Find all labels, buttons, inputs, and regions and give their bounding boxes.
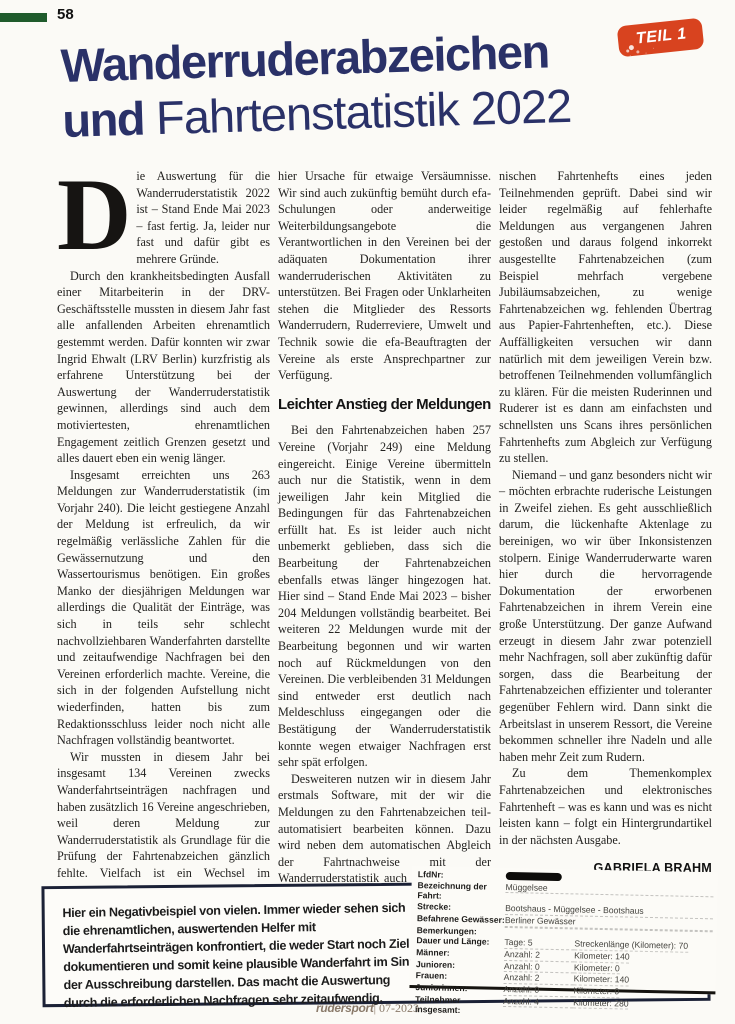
paragraph-text: ie Auswertung für die Wanderruderstatist… [136, 169, 270, 266]
form-label: Dauer und Länge: [416, 935, 504, 948]
form-value-right: Kilometer: 280 [573, 997, 629, 1010]
paragraph: Bei den Fahrtenabzeichen haben 257 Verei… [278, 422, 491, 770]
column-2: hier Ursache für etwaige Versäumnisse. W… [278, 168, 491, 882]
form-label: Männer: [416, 947, 504, 960]
paragraph: nischen Fahrtenhefts eines jeden Teilneh… [499, 168, 712, 467]
trip-form-scan: LfdNr: Bezeichnung der Fahrt: Müggelsee … [409, 866, 717, 994]
form-label: Frauen: [416, 970, 504, 983]
form-label: Juniorinnen: [415, 982, 503, 995]
form-value-right: Kilometer: 0 [574, 962, 620, 975]
magazine-page: 58 TEIL 1 Wanderruderabzeichen und Fahrt… [0, 0, 735, 1024]
column-1: Die Auswertung für die Wanderruderstatis… [57, 168, 270, 882]
paragraph: Desweiteren nutzen wir in diesem Jahr er… [278, 771, 491, 882]
article-body: Die Auswertung für die Wanderruderstatis… [57, 168, 712, 882]
part-badge: TEIL 1 [617, 18, 704, 58]
form-label: Junioren: [416, 959, 504, 972]
form-value: Anzahl: 4 [503, 996, 573, 1009]
paint-splatter-icon [629, 45, 634, 50]
spine-bar [0, 13, 47, 22]
article-title: Wanderruderabzeichen und Fahrtenstatisti… [60, 25, 572, 147]
form-value-right: Kilometer: 0 [573, 985, 619, 998]
paragraph: Wir mussten in diesem Jahr bei insgesamt… [57, 749, 270, 882]
form-label: Teilnehmer insgesamt: [415, 994, 503, 1017]
section-heading: Leichter Anstieg der Meldungen [278, 397, 491, 414]
title-line-2-bold: und [62, 91, 145, 146]
part-badge-label: TEIL 1 [635, 25, 687, 47]
paragraph: Insgesamt erreichten uns 263 Meldungen z… [57, 467, 270, 749]
paragraph: hier Ursache für etwaige Versäumnisse. W… [278, 168, 491, 384]
form-label: Befahrene Gewässer: [417, 913, 505, 926]
paragraph: Niemand – und ganz besonders nicht wir –… [499, 467, 712, 766]
redacted-value [506, 872, 562, 881]
page-number: 58 [57, 6, 74, 23]
form-label: Strecke: [417, 901, 505, 914]
form-label: Bezeichnung der Fahrt: [417, 880, 505, 903]
column-3: nischen Fahrtenhefts eines jeden Teilneh… [499, 168, 712, 882]
drop-cap: D [57, 168, 136, 256]
paragraph: Zu dem Themenkomplex Fahrtenabzeichen un… [499, 765, 712, 848]
caption-text: Hier ein Negativbeispiel von vielen. Imm… [62, 898, 424, 1012]
paragraph: Durch den krankheitsbedingten Ausfall ei… [57, 268, 270, 467]
title-line-2-regular: Fahrtenstatistik 2022 [155, 79, 572, 144]
paragraph: Die Auswertung für die Wanderruderstatis… [57, 168, 270, 268]
